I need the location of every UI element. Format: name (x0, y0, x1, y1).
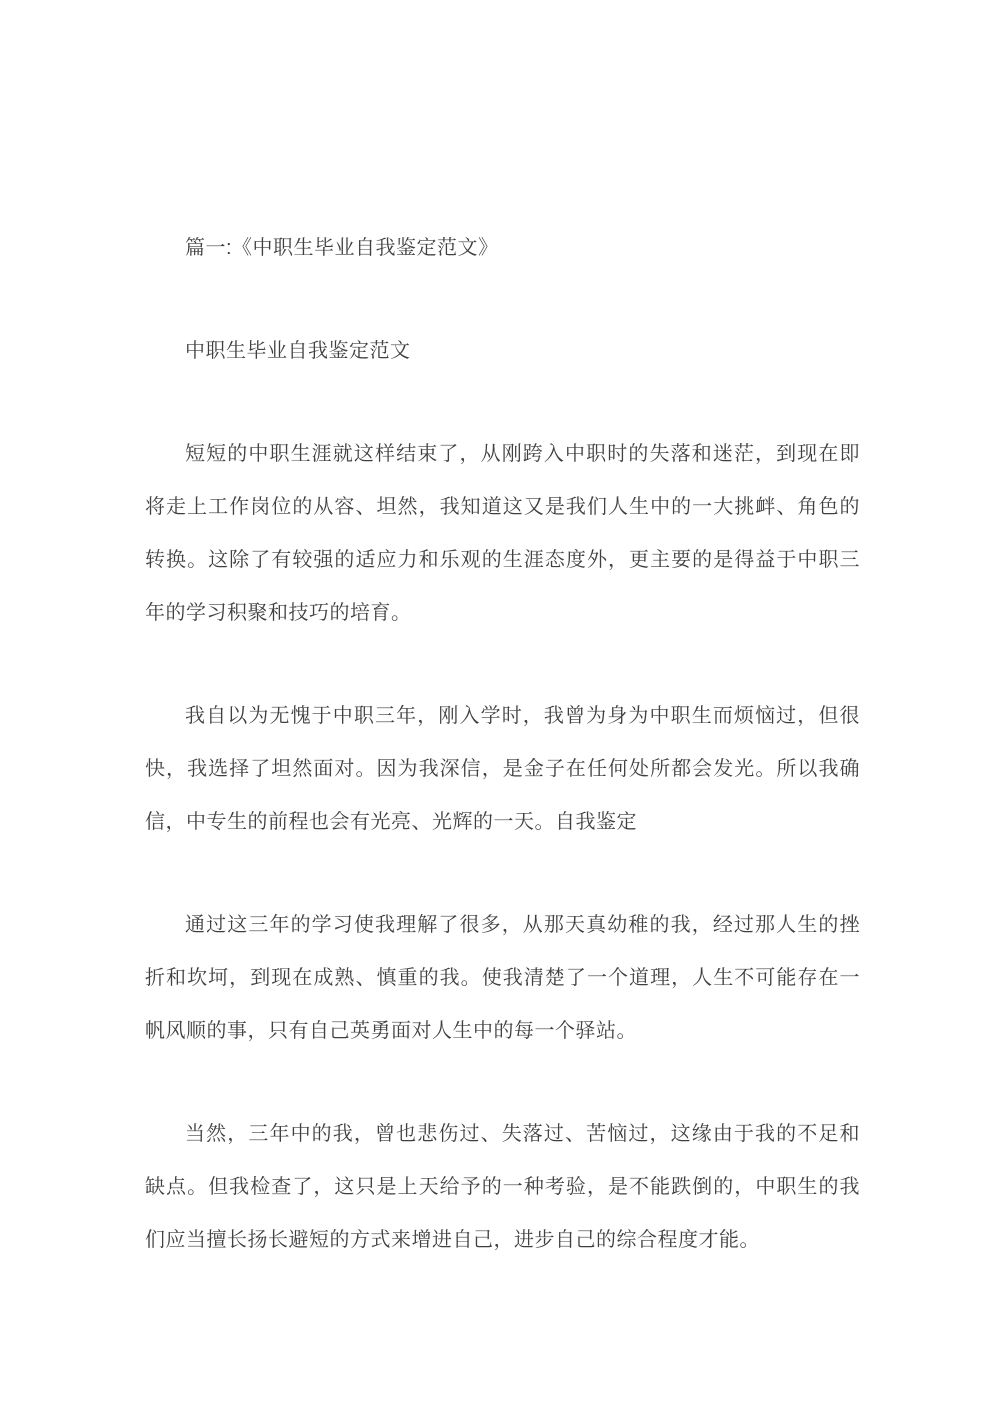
document-page: 篇一:《中职生毕业自我鉴定范文》 中职生毕业自我鉴定范文 短短的中职生涯就这样结… (0, 0, 993, 1404)
paragraph-4: 当然，三年中的我，曾也悲伤过、失落过、苦恼过，这缘由于我的不足和缺点。但我检查了… (145, 1108, 860, 1267)
document-subheading: 中职生毕业自我鉴定范文 (145, 325, 860, 378)
paragraph-1: 短短的中职生涯就这样结束了，从刚跨入中职时的失落和迷茫，到现在即将走上工作岗位的… (145, 428, 860, 640)
document-heading: 篇一:《中职生毕业自我鉴定范文》 (145, 222, 860, 275)
document-content: 篇一:《中职生毕业自我鉴定范文》 中职生毕业自我鉴定范文 短短的中职生涯就这样结… (145, 222, 860, 1317)
paragraph-2: 我自以为无愧于中职三年，刚入学时，我曾为身为中职生而烦恼过，但很快，我选择了坦然… (145, 690, 860, 849)
paragraph-3: 通过这三年的学习使我理解了很多，从那天真幼稚的我，经过那人生的挫折和坎坷，到现在… (145, 899, 860, 1058)
